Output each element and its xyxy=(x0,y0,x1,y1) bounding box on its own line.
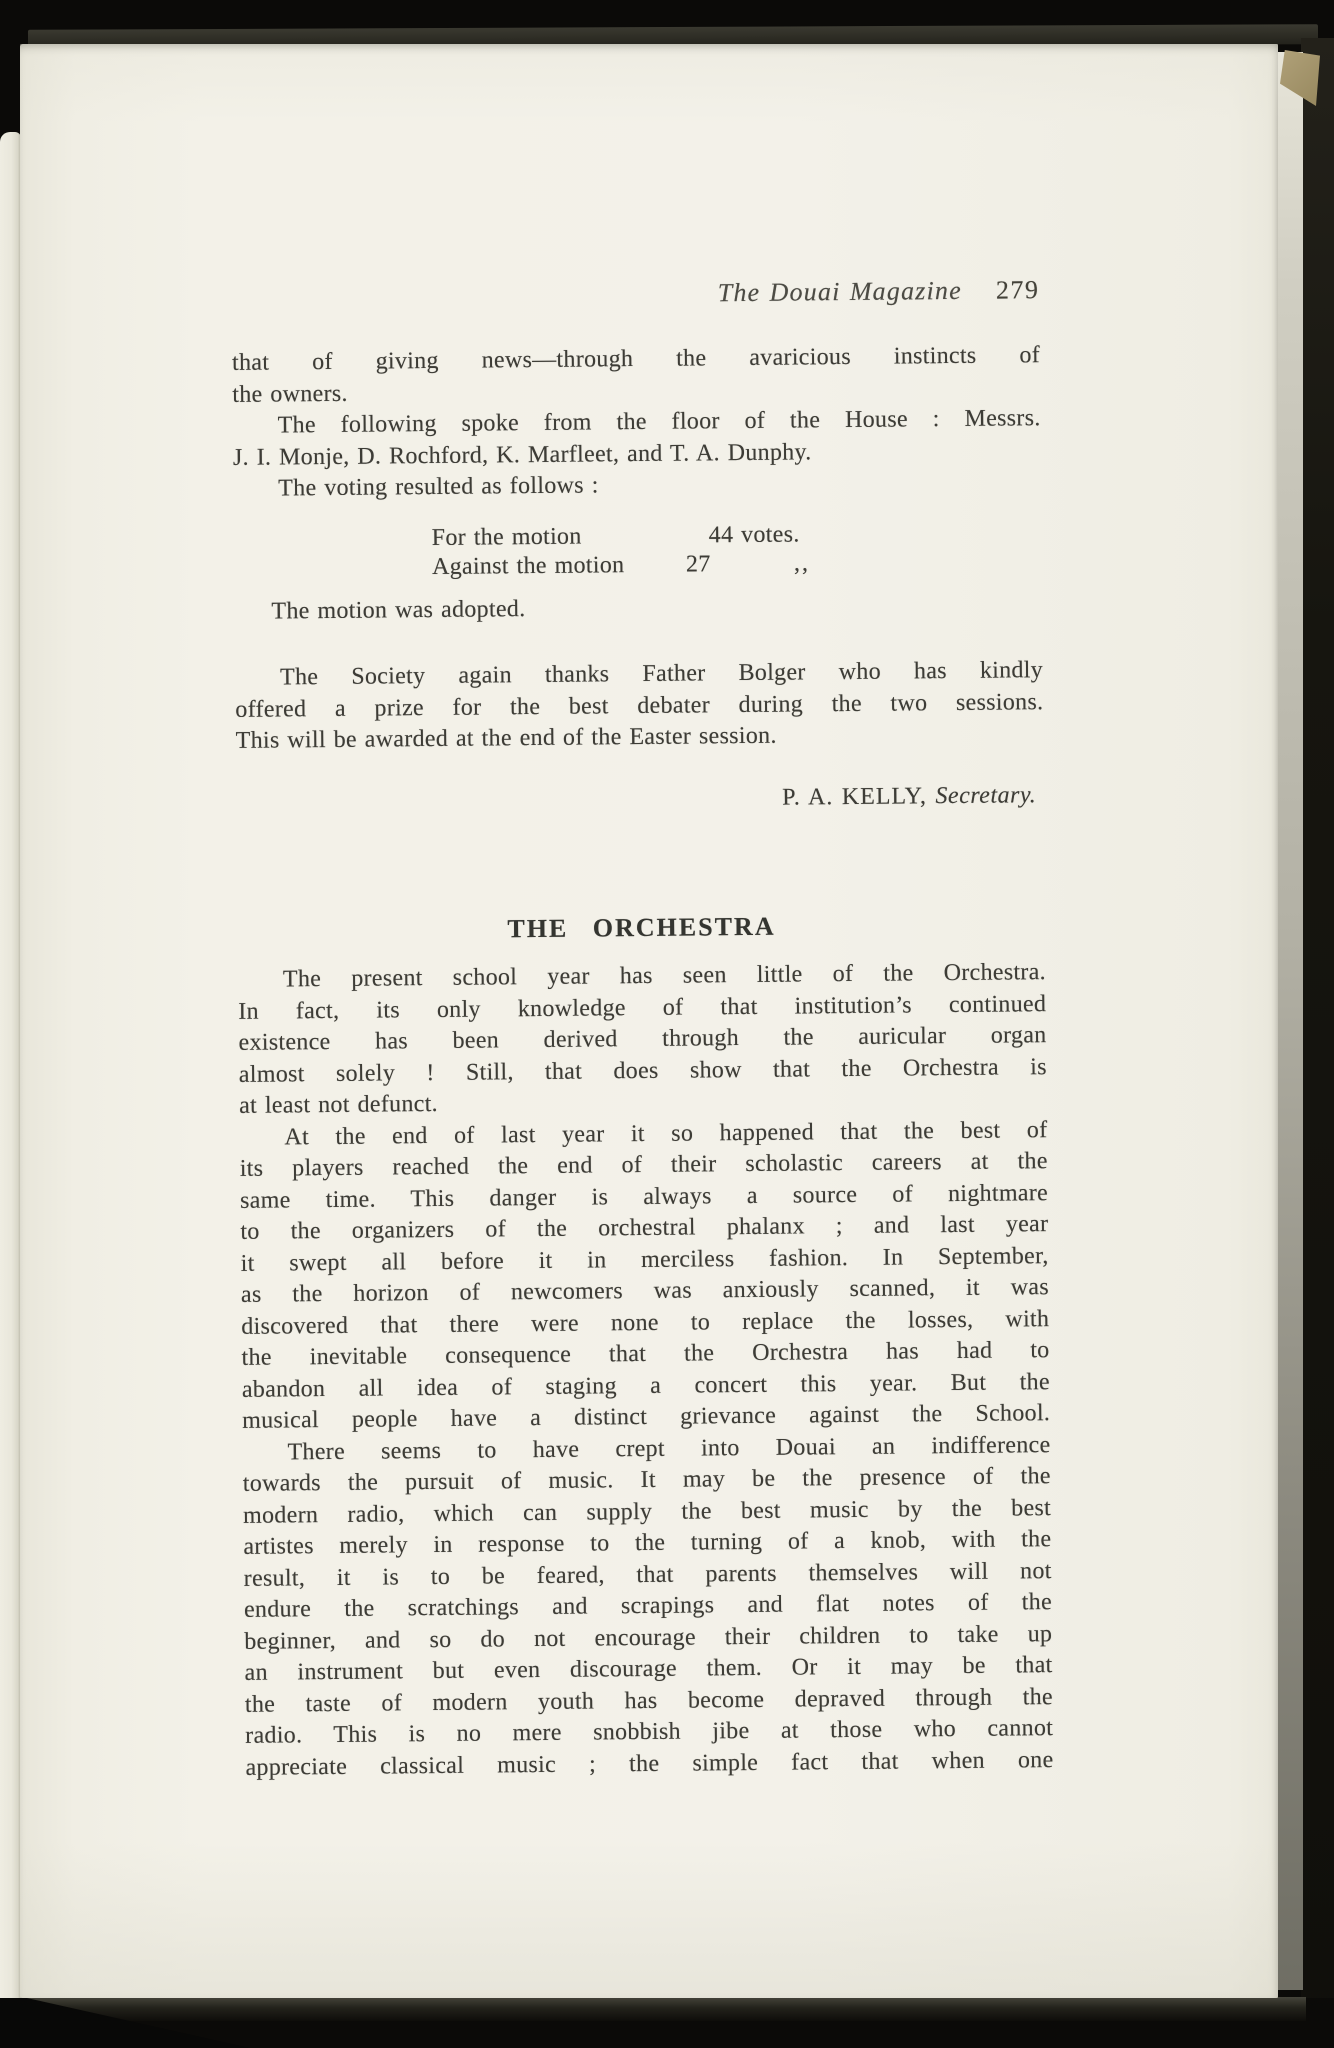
gutter-fold-strip xyxy=(0,132,21,1998)
signature-name: P. A. KELLY, xyxy=(782,783,927,810)
section-heading: THE ORCHESTRA xyxy=(237,907,1045,949)
running-header: The Douai Magazine279 xyxy=(231,273,1039,315)
voting-label: Against the motion xyxy=(432,551,625,582)
book-cover-bottom-edge xyxy=(14,1997,1306,2021)
page-number: 279 xyxy=(996,275,1040,304)
ditto-mark: ,, xyxy=(794,549,810,578)
book-photo: The Douai Magazine279 that of giving new… xyxy=(0,0,1334,2048)
voting-intro-line: The voting resulted as follows : xyxy=(233,466,1041,505)
page-edge-stack xyxy=(1277,52,1303,1990)
voting-label: For the motion xyxy=(432,522,582,552)
signature-role: Secretary. xyxy=(935,782,1036,809)
running-header-title: The Douai Magazine xyxy=(718,276,962,307)
voting-value: 27 xyxy=(686,550,711,579)
voting-value: 44 votes. xyxy=(709,520,800,550)
page-text-column: The Douai Magazine279 that of giving new… xyxy=(231,273,1053,1784)
voting-result-line: The motion was adopted. xyxy=(234,589,1042,628)
text-line: This will be awarded at the end of the E… xyxy=(236,718,1044,757)
magazine-page: The Douai Magazine279 that of giving new… xyxy=(20,44,1278,1998)
signature: P. A. KELLY, Secretary. xyxy=(236,780,1044,819)
book-cover-right-edge xyxy=(1301,38,1334,1998)
